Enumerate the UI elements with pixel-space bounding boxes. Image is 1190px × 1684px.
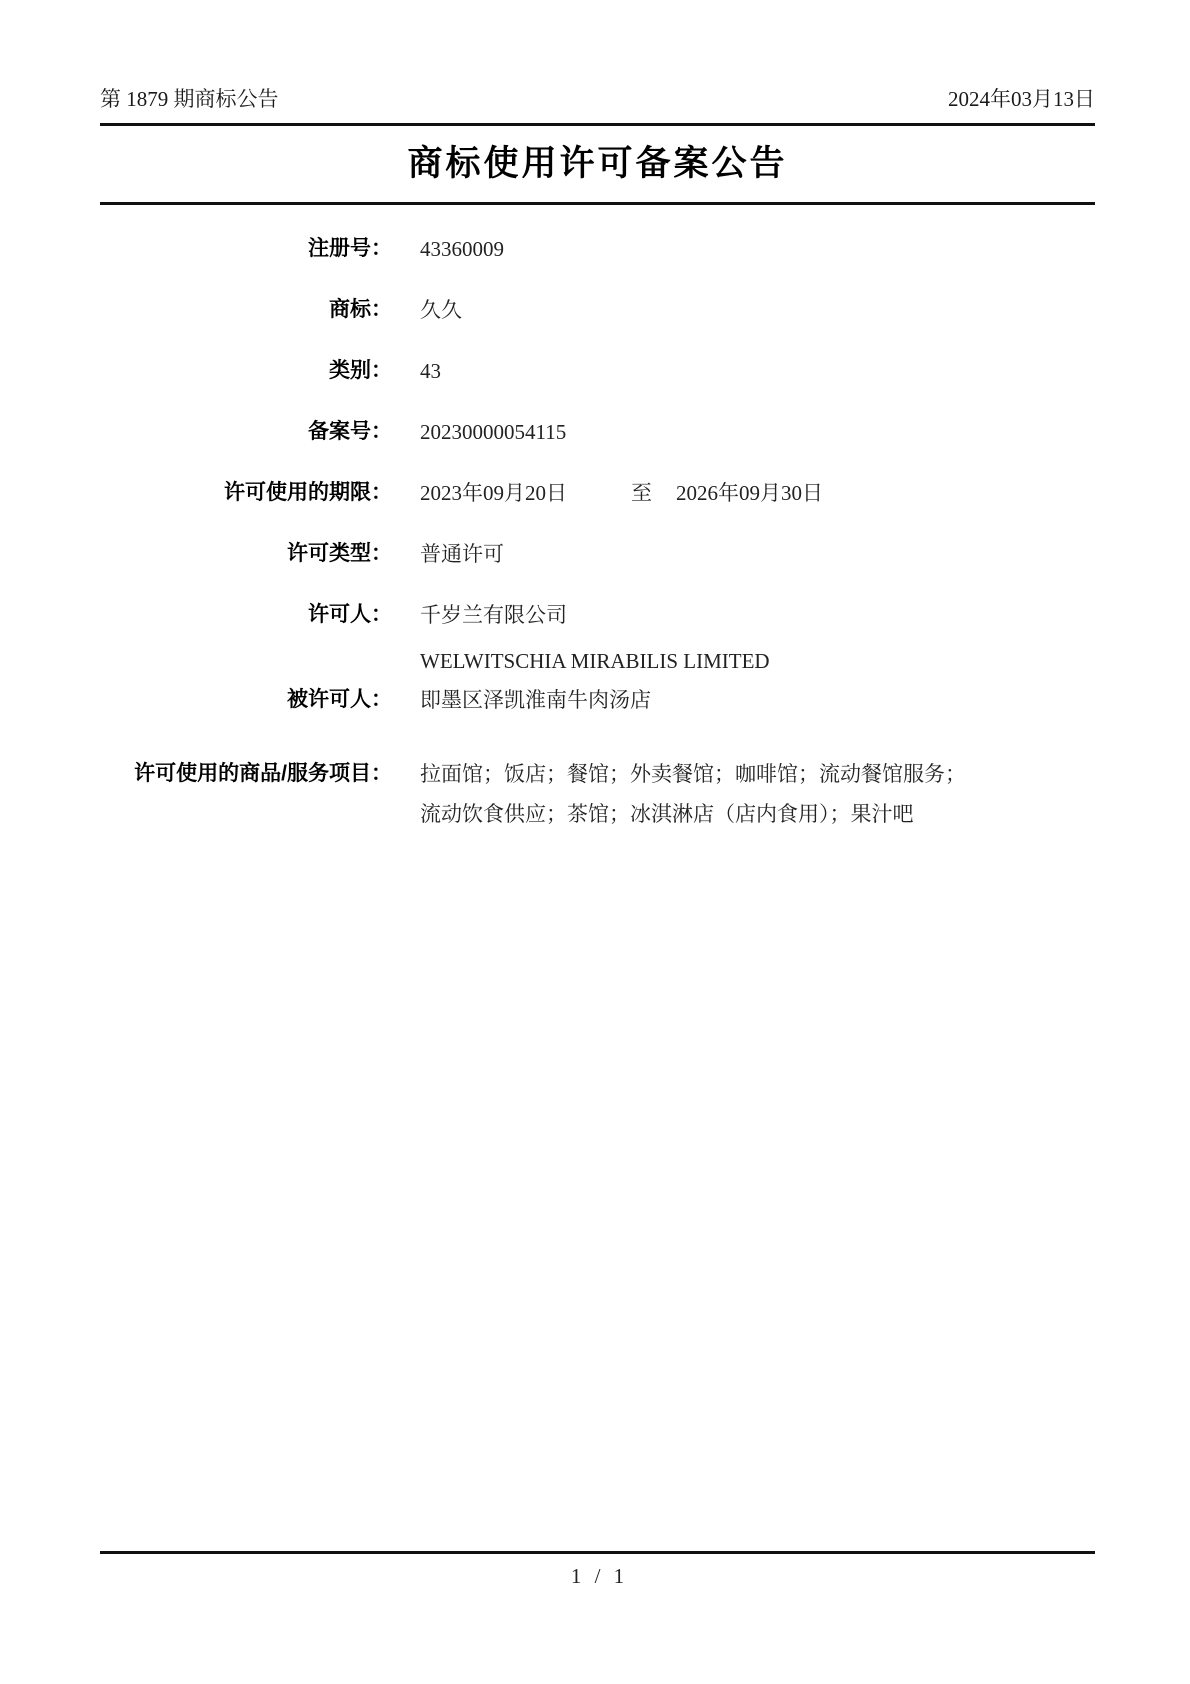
class-value: 43 [420,356,441,386]
trademark-value: 久久 [420,295,462,325]
field-row-licensed-services: 许可使用的商品/服务项目： 拉面馆；饭店；餐馆；外卖餐馆；咖啡馆；流动餐馆服务；… [100,759,1095,834]
header-divider [100,123,1095,126]
field-row-registration-number: 注册号： 43360009 [100,234,1095,264]
gazette-date-label: 2024年03月13日 [948,86,1095,112]
licensee-value: 即墨区泽凯淮南牛肉汤店 [420,685,651,715]
license-period-value: 2023年09月20日至2026年09月30日 [420,478,823,508]
licensed-services-line2: 流动饮食供应；茶馆；冰淇淋店（店内食用）；果汁吧 [420,794,966,834]
document-page: 第 1879 期商标公告 2024年03月13日 商标使用许可备案公告 注册号：… [0,0,1190,1684]
licensor-value: 千岁兰有限公司 WELWITSCHIA MIRABILIS LIMITED [420,600,770,676]
license-period-from: 2023年09月20日 [420,481,567,505]
filing-number-value: 20230000054115 [420,417,566,447]
footer-divider [100,1551,1095,1554]
registration-number-label: 注册号： [100,234,392,264]
field-row-licensor: 许可人： 千岁兰有限公司 WELWITSCHIA MIRABILIS LIMIT… [100,600,1095,676]
field-row-license-period: 许可使用的期限： 2023年09月20日至2026年09月30日 [100,478,1095,508]
document-header: 第 1879 期商标公告 2024年03月13日 [100,0,1095,112]
field-row-filing-number: 备案号： 20230000054115 [100,417,1095,447]
license-type-label: 许可类型： [100,539,392,569]
field-row-trademark: 商标： 久久 [100,295,1095,325]
license-period-label: 许可使用的期限： [100,478,392,508]
page-title: 商标使用许可备案公告 [100,140,1095,188]
document-footer: 1 / 1 [100,1551,1095,1590]
licensed-services-label: 许可使用的商品/服务项目： [100,759,392,789]
license-type-value: 普通许可 [420,539,504,569]
license-period-to-word: 至 [631,478,652,508]
licensor-name-en: WELWITSCHIA MIRABILIS LIMITED [420,646,770,676]
page-number: 1 / 1 [100,1562,1095,1590]
title-divider [100,202,1095,205]
document-content: 第 1879 期商标公告 2024年03月13日 商标使用许可备案公告 注册号：… [100,0,1095,834]
field-row-license-type: 许可类型： 普通许可 [100,539,1095,569]
trademark-label: 商标： [100,295,392,325]
field-row-class: 类别： 43 [100,356,1095,386]
class-label: 类别： [100,356,392,386]
licensor-name-cn: 千岁兰有限公司 [420,600,770,630]
licensed-services-value: 拉面馆；饭店；餐馆；外卖餐馆；咖啡馆；流动餐馆服务； 流动饮食供应；茶馆；冰淇淋… [420,754,966,834]
licensor-label: 许可人： [100,600,392,630]
filing-number-label: 备案号： [100,417,392,447]
licensee-label: 被许可人： [100,685,392,715]
licensed-services-line1: 拉面馆；饭店；餐馆；外卖餐馆；咖啡馆；流动餐馆服务； [420,754,966,794]
registration-number-value: 43360009 [420,234,504,264]
license-period-to: 2026年09月30日 [676,481,823,505]
field-row-licensee: 被许可人： 即墨区泽凯淮南牛肉汤店 [100,685,1095,715]
fields-section: 注册号： 43360009 商标： 久久 类别： 43 备案号： 2023000… [100,234,1095,834]
gazette-issue-label: 第 1879 期商标公告 [100,86,279,112]
